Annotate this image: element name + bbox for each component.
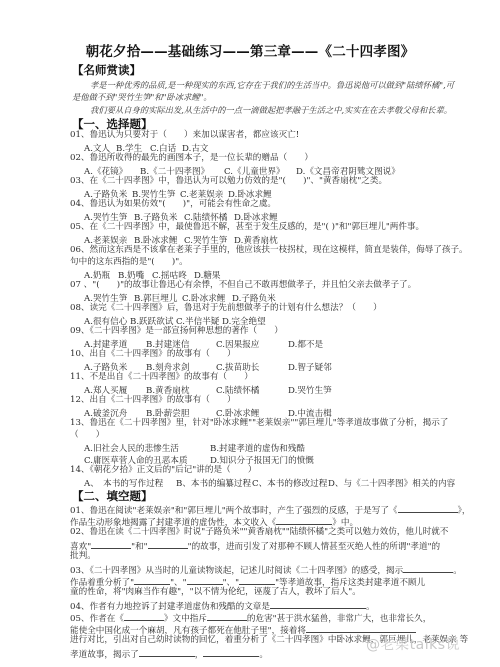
fill-line: 喜欢""和""的故事，进而引发了对那种不顾人情甚至灭绝人性的所谓"孝道"的 (70, 539, 440, 553)
answer-blank[interactable] (187, 575, 223, 585)
answer-blank[interactable] (270, 599, 366, 609)
answer-blank[interactable] (306, 623, 416, 633)
question-stem: 05、在《二十四孝图》中，最使鲁迅不解，甚至于发生反感的，是"( )"和"郭巨埋… (70, 222, 424, 233)
intro-text: 我们要从自身的实际出发,从生活中的一点一滴做起把孝融于生活之中,实实在在去孝敬父… (90, 105, 452, 116)
question-stem-cont: （ ） (70, 430, 104, 441)
answer-blank[interactable] (203, 647, 259, 657)
question-stem-cont: 句中的这东西指的是"( )"。 (70, 257, 188, 268)
answer-blank[interactable] (398, 503, 458, 513)
question-stem: 10、出自《二十四孝图》的故事有（ ） (70, 349, 236, 360)
question-stem: 12、出自《二十四孝图》的故事有（ ） (70, 395, 236, 406)
answer-blank[interactable] (124, 611, 164, 621)
answer-blank[interactable] (276, 515, 332, 525)
question-stem: 14、《朝花夕拾》正文后的"后记"讲的是（ ） (70, 465, 256, 476)
option: B.封建孝道的虚伪和残酷 (210, 442, 305, 454)
answer-blank[interactable] (91, 539, 131, 549)
option: D、与《二十四孝图》相关的内容 (328, 477, 455, 489)
answer-blank[interactable] (139, 647, 195, 657)
answer-blank[interactable] (148, 539, 188, 549)
question-stem: 09、《二十四孝图》是一部宣扬何种思想的著作（ ） (70, 326, 283, 337)
question-stem: 04、鲁迅认为如果仿效"( )"，可能会有性命之虞。 (70, 199, 276, 210)
answer-blank[interactable] (207, 611, 247, 621)
answer-blank[interactable] (403, 563, 453, 573)
intro-text: 孝是一种优秀的品质,是一种现实的东西,它存在于我们的生活当中。鲁迅说他可以做到"… (90, 80, 454, 91)
option: A.旧社会人民的悲惨生活 (84, 442, 179, 454)
option: D.哭竹生笋 (288, 384, 332, 396)
intro-heading: 【名师赏读】 (72, 62, 141, 78)
question-stem: 11、不是出自《二十四孝图》的故事有（ ） (70, 372, 253, 383)
watermark: @老梁talks说 (366, 634, 460, 654)
answer-blank[interactable] (239, 575, 275, 585)
section-heading-fill: 【二、填空题】 (72, 488, 153, 504)
fill-line: 批判。 (70, 551, 96, 562)
option: C、本书的修改过程 (252, 477, 327, 489)
question-stem: 02、鲁迅所收得的最先的画图本子，是一位长辈的赠品（ ） (70, 153, 313, 164)
question-stem: 13、鲁迅在《二十四孝图》里，针对"卧冰求鲤""老莱娱亲""郭巨埋儿"等孝道故事… (70, 418, 448, 429)
question-stem: 03、在《二十四孝图》中，鲁迅认为可以勉力仿效的是"( )"、"黄香扇枕"之类。 (70, 176, 387, 187)
option: D.都不是 (288, 338, 323, 350)
fill-line: 02、鲁迅在读《二十四孝图》时说"子路负米""黄香扇枕""陆绩怀橘"之类可以勉力… (70, 527, 448, 538)
intro-text: 是他做不到"哭竹生笋"和"卧冰求鲤"。 (72, 92, 212, 103)
worksheet-page: 朝花夕拾——基础练习——第三章——《二十四孝图》 【名师赏读】 孝是一种优秀的品… (0, 0, 500, 667)
fill-line: 孝道故事，揭示了，。 (70, 647, 268, 661)
fill-line: 童的性命，将"肉麻当作有趣"，"以不情为伦纪，诬蔑了古人，教坏了后人"。 (70, 587, 361, 598)
question-stem: 01、鲁迅认为只要对于（ ）来加以谋害者，都应该灭亡! (70, 130, 299, 141)
question-stem: 08、读完《二十四孝图》后，鲁迅对于先前想做孝子的计划有什么想法？（ ） (70, 303, 382, 314)
question-stem: 06、然而这东西是不该拿在老莱子手里的，他应该扶一枝拐杖，现在这模样，简直是装佯… (70, 245, 468, 256)
option: D.智子疑邻 (288, 361, 332, 373)
option: B、本书的编纂过程 (176, 477, 251, 489)
question-stem: 07 、"( )"的故事让鲁迅心有余悸，不但自己不敢再想做孝子，并且怕父亲去做孝… (70, 280, 416, 291)
page-title: 朝花夕拾——基础练习——第三章——《二十四孝图》 (0, 40, 500, 60)
answer-blank[interactable] (134, 575, 170, 585)
